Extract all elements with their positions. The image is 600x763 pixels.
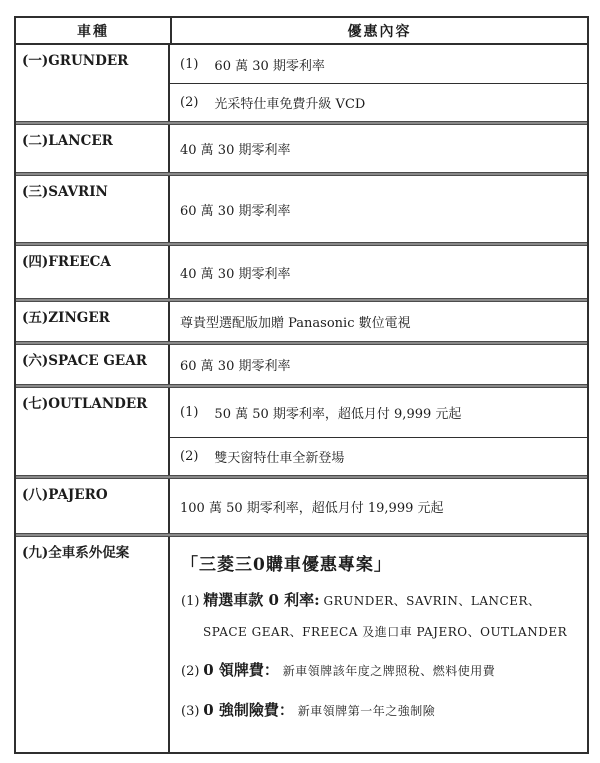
offer-subrow: 60 萬 30 期零利率 — [170, 176, 587, 242]
offer-cell: 「三菱三0購車優惠專案」 (1) 精選車款 0 利率: GRUNDER、SAVR… — [170, 537, 587, 752]
promo-item: (3) 0 強制險費： 新車領牌第一年之強制險 — [181, 695, 577, 727]
promo-items: (1) 精選車款 0 利率: GRUNDER、SAVRIN、LANCER、SPA… — [181, 585, 577, 727]
header-offer-col: 優惠內容 — [172, 18, 587, 43]
table-row-lancer: (二)LANCER 40 萬 30 期零利率 — [16, 125, 587, 172]
offer-cell: 60 萬 30 期零利率 — [170, 345, 587, 384]
item-number: (1) — [180, 57, 198, 72]
table-row-savrin: (三)SAVRIN 60 萬 30 期零利率 — [16, 176, 587, 242]
table-row-freeca: (四)FREECA 40 萬 30 期零利率 — [16, 246, 587, 298]
item-number: (1) — [180, 405, 198, 420]
promo-item-detail: 新車領牌該年度之牌照稅、燃料使用費 — [283, 664, 496, 678]
promo-item-detail: 新車領牌第一年之強制險 — [298, 704, 436, 718]
offer-subrow: (2) 雙天窗特仕車全新登場 — [170, 437, 587, 475]
offer-text: 40 萬 30 期零利率 — [180, 263, 290, 282]
model-cell: (五)ZINGER — [16, 302, 170, 341]
model-cell: (一)GRUNDER — [16, 45, 170, 121]
model-cell: (九)全車系外促案 — [16, 537, 170, 752]
promo-item: (1) 精選車款 0 利率: GRUNDER、SAVRIN、LANCER、SPA… — [181, 585, 577, 647]
promo-content: 「三菱三0購車優惠專案」 (1) 精選車款 0 利率: GRUNDER、SAVR… — [170, 537, 587, 752]
offer-text: 雙天窗特仕車全新登場 — [214, 447, 344, 466]
table-row-pajero: (八)PAJERO 100 萬 50 期零利率，超低月付 19,999 元起 — [16, 479, 587, 533]
offer-subrow: (2) 光采特仕車免費升級 VCD — [170, 83, 587, 121]
offer-cell: 尊貴型選配版加贈 Panasonic 數位電視 — [170, 302, 587, 341]
table-header: 車種 優惠內容 — [16, 18, 587, 45]
offer-text: 尊貴型選配版加贈 Panasonic 數位電視 — [180, 312, 411, 331]
offer-subrow: 40 萬 30 期零利率 — [170, 246, 587, 298]
table-row-zinger: (五)ZINGER 尊貴型選配版加贈 Panasonic 數位電視 — [16, 302, 587, 341]
offer-cell: 40 萬 30 期零利率 — [170, 246, 587, 298]
model-cell: (七)OUTLANDER — [16, 388, 170, 475]
promo-item-label: 精選車款 0 利率: — [203, 591, 319, 609]
offer-subrow: 尊貴型選配版加贈 Panasonic 數位電視 — [170, 302, 587, 341]
model-cell: (八)PAJERO — [16, 479, 170, 533]
promo-item-label: 0 強制險費： — [203, 701, 294, 719]
offer-text: 40 萬 30 期零利率 — [180, 139, 290, 158]
header-model-col: 車種 — [16, 18, 172, 43]
model-cell: (三)SAVRIN — [16, 176, 170, 242]
offer-subrow: (1) 60 萬 30 期零利率 — [170, 45, 587, 83]
table-row-grunder: (一)GRUNDER (1) 60 萬 30 期零利率 (2) 光采特仕車免費升… — [16, 45, 587, 121]
promo-item-number: (3) — [181, 704, 199, 719]
offer-text: 60 萬 30 期零利率 — [180, 200, 290, 219]
model-cell: (四)FREECA — [16, 246, 170, 298]
model-cell: (六)SPACE GEAR — [16, 345, 170, 384]
promo-title: 「三菱三0購車優惠專案」 — [181, 550, 577, 575]
table-row-space-gear: (六)SPACE GEAR 60 萬 30 期零利率 — [16, 345, 587, 384]
offer-cell: 100 萬 50 期零利率，超低月付 19,999 元起 — [170, 479, 587, 533]
car-offers-table: 車種 優惠內容 (一)GRUNDER (1) 60 萬 30 期零利率 (2) … — [14, 16, 589, 754]
item-number: (2) — [180, 449, 198, 464]
table-row-promo: (九)全車系外促案 「三菱三0購車優惠專案」 (1) 精選車款 0 利率: GR… — [16, 537, 587, 752]
promo-item: (2) 0 領牌費： 新車領牌該年度之牌照稅、燃料使用費 — [181, 655, 577, 687]
promo-item-label: 0 領牌費： — [203, 661, 279, 679]
offer-text: 60 萬 30 期零利率 — [214, 55, 324, 74]
offer-cell: (1) 60 萬 30 期零利率 (2) 光采特仕車免費升級 VCD — [170, 45, 587, 121]
offer-cell: 40 萬 30 期零利率 — [170, 125, 587, 172]
table-row-outlander: (七)OUTLANDER (1) 50 萬 50 期零利率，超低月付 9,999… — [16, 388, 587, 475]
offer-subrow: 60 萬 30 期零利率 — [170, 345, 587, 384]
offer-text: 100 萬 50 期零利率，超低月付 19,999 元起 — [180, 497, 444, 516]
offer-cell: 60 萬 30 期零利率 — [170, 176, 587, 242]
offer-subrow: 40 萬 30 期零利率 — [170, 125, 587, 172]
model-cell: (二)LANCER — [16, 125, 170, 172]
item-number: (2) — [180, 95, 198, 110]
offer-text: 光采特仕車免費升級 VCD — [214, 93, 365, 112]
offer-subrow: 100 萬 50 期零利率，超低月付 19,999 元起 — [170, 479, 587, 533]
offer-text: 60 萬 30 期零利率 — [180, 355, 290, 374]
offer-subrow: (1) 50 萬 50 期零利率，超低月付 9,999 元起 — [170, 388, 587, 437]
document-page: 車種 優惠內容 (一)GRUNDER (1) 60 萬 30 期零利率 (2) … — [0, 0, 600, 763]
promo-item-number: (2) — [181, 664, 199, 679]
offer-cell: (1) 50 萬 50 期零利率，超低月付 9,999 元起 (2) 雙天窗特仕… — [170, 388, 587, 475]
offer-text: 50 萬 50 期零利率，超低月付 9,999 元起 — [214, 403, 461, 422]
promo-item-number: (1) — [181, 594, 199, 609]
